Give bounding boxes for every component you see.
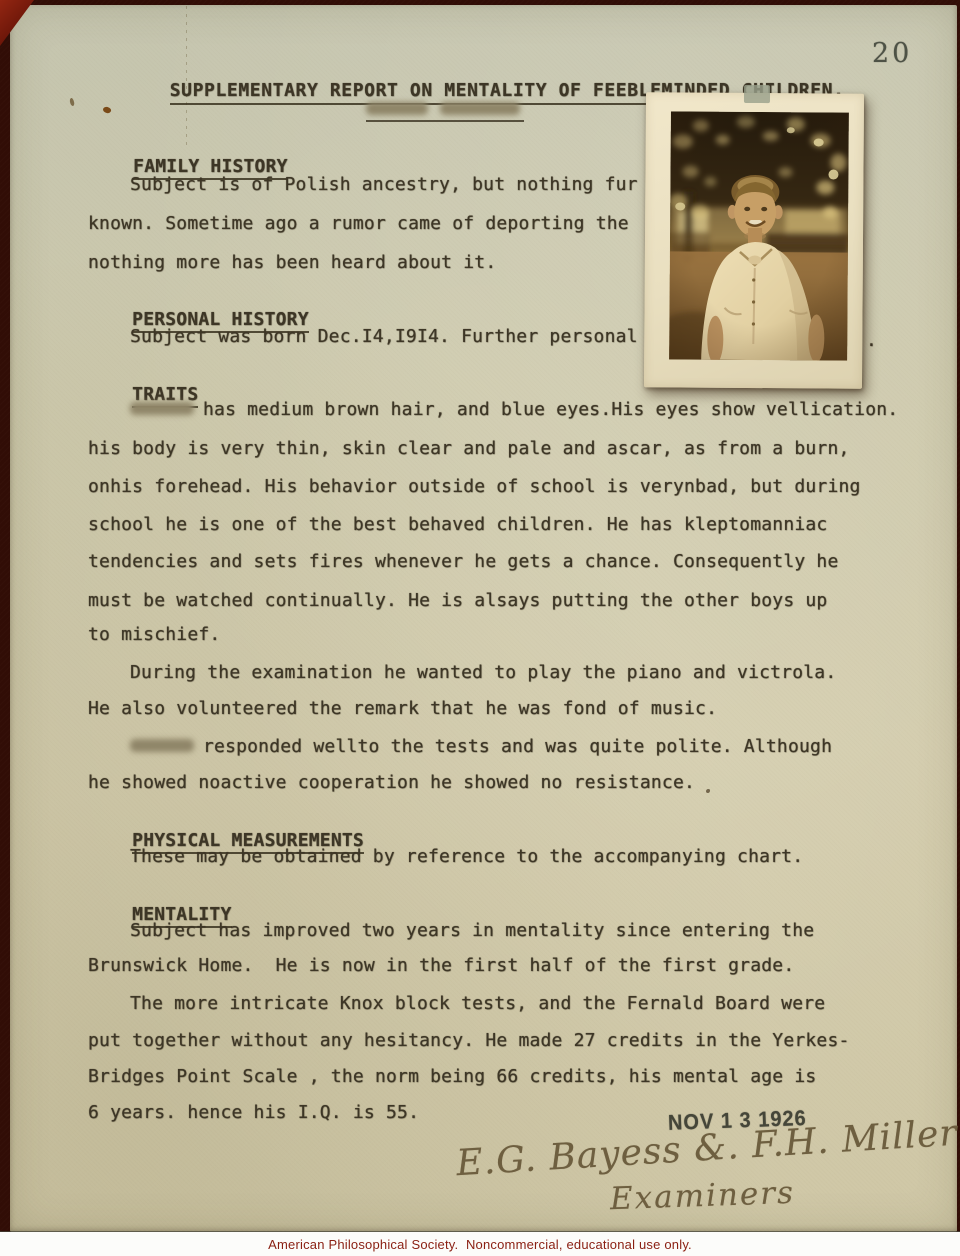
heading-family-history: FAMILY HISTORY — [89, 134, 288, 178]
traits-line: has medium brown hair, and blue eyes.His… — [130, 399, 898, 421]
document-scan: 20 SUPPLEMENTARY REPORT ON MENTALITY OF … — [0, 0, 960, 1256]
mentality-line: Subject has improved two years in mental… — [130, 920, 814, 942]
examiners-label: Examiners — [609, 1175, 795, 1217]
photo-illustration — [669, 111, 849, 360]
page-number: 20 — [872, 38, 912, 69]
footer-bar: American Philosophical Society. Noncomme… — [0, 1232, 960, 1256]
physical-measurements-line: These may be obtained by reference to th… — [130, 846, 803, 868]
traits-line: responded wellto the tests and was quite… — [130, 736, 832, 758]
period-after-photo: . — [866, 330, 877, 352]
redacted-subject-name — [366, 96, 524, 122]
heading-personal-history: PERSONAL HISTORY — [88, 287, 309, 331]
traits-line: to mischief. — [88, 624, 220, 646]
personal-history-line: Subject was born Dec.I4,I9I4. Further pe… — [130, 326, 638, 348]
traits-line: he showed noactive cooperation he showed… — [88, 772, 695, 794]
mentality-line: The more intricate Knox block tests, and… — [130, 993, 825, 1015]
traits-line: He also volunteered the remark that he w… — [88, 698, 717, 720]
subject-photo — [644, 92, 864, 389]
redaction-blur — [440, 102, 520, 115]
mentality-line: Brunswick Home. He is now in the first h… — [88, 955, 794, 977]
redaction-blur — [130, 739, 194, 752]
redaction-blur — [130, 402, 194, 415]
redaction-blur — [366, 102, 428, 115]
mentality-line: Bridges Point Scale , the norm being 66 … — [88, 1066, 816, 1088]
family-history-line: nothing more has been heard about it. — [88, 252, 496, 274]
family-history-line: Subject is of Polish ancestry, but nothi… — [130, 174, 638, 196]
traits-line: must be watched continually. He is alsay… — [88, 590, 827, 612]
mentality-line: 6 years. hence his I.Q. is 55. — [88, 1102, 419, 1124]
subject-photo-print — [669, 111, 849, 360]
mentality-line: put together without any hesitancy. He m… — [88, 1030, 850, 1052]
footer-attribution: American Philosophical Society. Noncomme… — [268, 1237, 692, 1252]
family-history-line: known. Sometime ago a rumor came of depo… — [88, 213, 629, 235]
archival-scan-page: { "page": { "number": "20", "title": "SU… — [0, 0, 960, 1256]
traits-line: his body is very thin, skin clear and pa… — [88, 438, 850, 460]
traits-line: During the examination he wanted to play… — [130, 662, 836, 684]
tape-mark — [744, 85, 770, 103]
traits-line: school he is one of the best behaved chi… — [88, 514, 827, 536]
traits-line: onhis forehead. His behavior outside of … — [88, 476, 861, 498]
traits-line: tendencies and sets fires whenever he ge… — [88, 551, 839, 573]
